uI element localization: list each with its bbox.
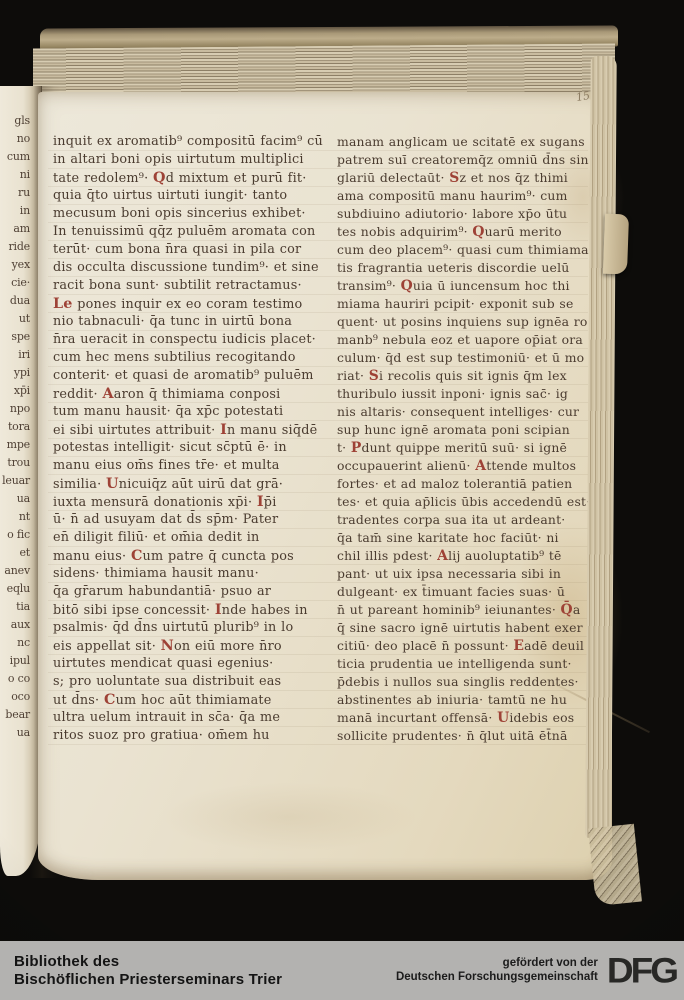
manuscript-line: ultra uelum intrauit in sc̄a· q̄a me xyxy=(53,709,323,727)
dfg-logo: DFG xyxy=(607,953,678,988)
facing-line-fragment: ride xyxy=(0,238,30,256)
manuscript-line: en̄ diligit filiū· et om̄ia dedit in xyxy=(53,529,323,547)
manuscript-line: occupauerint alienū· Attende multos xyxy=(337,457,590,475)
manuscript-line: dis occulta discussione tundim⁹· et sine xyxy=(53,259,323,277)
rubric-initial: C xyxy=(131,548,143,564)
manuscript-line: quia q̄to uirtus uirtuti iungit· tanto xyxy=(53,187,323,205)
facing-line-fragment: et xyxy=(0,544,30,562)
facing-line-fragment: ipul xyxy=(0,652,30,670)
facing-line-fragment: bear xyxy=(0,706,30,724)
rubric-initial: N xyxy=(161,638,174,654)
manuscript-line: bitō sibi ipse concessit· Inde habes in xyxy=(53,601,323,619)
rubric-initial: E xyxy=(513,638,524,654)
text-column-right: manam anglicam ue scitatē ex suganspatre… xyxy=(337,133,590,745)
rubric-initial: A xyxy=(475,458,486,474)
facing-line-fragment: ni xyxy=(0,166,30,184)
manuscript-line: riat· Si recolis quis sit ignis q̄m lex xyxy=(337,367,590,385)
facing-line-fragment: spe xyxy=(0,328,30,346)
manuscript-line: Le pones inquir ex eo coram testimo xyxy=(53,295,323,313)
manuscript-line: ut d̄ns· Cum hoc aūt thimiamate xyxy=(53,691,323,709)
manuscript-line: s; pro uoluntate sua distribuit eas xyxy=(53,673,323,691)
manuscript-line: manā incurtant offensā· Uidebis eos xyxy=(337,709,590,727)
library-credit-line1: Bibliothek des xyxy=(14,953,282,971)
manuscript-line: tate redolem⁹· Qd mixtum et purū fit· xyxy=(53,169,323,187)
rubric-initial: Le xyxy=(53,296,73,312)
facing-line-fragment: eqlu xyxy=(0,580,30,598)
manuscript-line: tes· et quia ap̄licis ūbis accedendū est… xyxy=(337,493,590,511)
rubric-initial: I xyxy=(220,422,227,438)
facing-line-fragment: iri xyxy=(0,346,30,364)
facing-line-fragment: anev xyxy=(0,562,30,580)
rubric-initial: A xyxy=(102,386,113,402)
rubric-initial: U xyxy=(106,476,119,492)
manuscript-line: sup hunc ignē aromata poni scipian xyxy=(337,421,590,439)
rubric-initial: A xyxy=(437,548,448,564)
library-credit-line2: Bischöflichen Priesterseminars Trier xyxy=(14,971,282,989)
rubric-initial: S xyxy=(369,368,379,384)
facing-line-fragment: am xyxy=(0,220,30,238)
manuscript-line: eis appellat sit· Non eiū more n̄ro xyxy=(53,637,323,655)
manuscript-line: ticia prudentia ue intelligenda sunt· xyxy=(337,655,590,673)
manuscript-line: patrem suī creatoremq̄z omniū d̄ns sin xyxy=(337,151,590,169)
manuscript-line: t· Pdunt quippe meritū suū· si ignē xyxy=(337,439,590,457)
manuscript-line: ama compositū manu haurim⁹· cum xyxy=(337,187,590,205)
manuscript-line: ei sibi uirtutes attribuit· In manu siq̄… xyxy=(53,421,323,439)
manuscript-line: ū· n̄ ad usuyam dat d̄s sp̄m· Pater xyxy=(53,511,323,529)
rubric-initial: Q̄ xyxy=(561,602,573,618)
manuscript-line: uirtutes mendicat quasi egenius· xyxy=(53,655,323,673)
footer-bar: Bibliothek des Bischöflichen Priestersem… xyxy=(0,941,684,1000)
facing-line-fragment: ua xyxy=(0,724,30,742)
rubric-initial: P xyxy=(351,440,362,456)
facing-line-fragment: tora xyxy=(0,418,30,436)
facing-line-fragment: cum xyxy=(0,148,30,166)
facing-line-fragment: mpe xyxy=(0,436,30,454)
facing-line-fragment: trou xyxy=(0,454,30,472)
manuscript-line: q̄a gr̄arum habundantiā· psuo ar xyxy=(53,583,323,601)
facing-line-fragment: no xyxy=(0,130,30,148)
manuscript-line: q̄a tam̄ sine karitate hoc faciūt· ni xyxy=(337,529,590,547)
facing-line-fragment: cie· xyxy=(0,274,30,292)
rubric-initial: U xyxy=(497,710,509,726)
facing-line-fragment: in xyxy=(0,202,30,220)
manuscript-line: abstinentes ab iniuria· tamtū ne hu xyxy=(337,691,590,709)
funding-credit-line2: Deutschen Forschungsgemeinschaft xyxy=(396,971,598,985)
facing-line-fragment: xp̄i xyxy=(0,382,30,400)
rubric-initial: Q xyxy=(401,278,413,294)
facing-line-fragment: ut xyxy=(0,310,30,328)
manuscript-line: reddit· Aaron q̄ thimiama conposi xyxy=(53,385,323,403)
manuscript-line: nis altaris· consequent intelliges· cur xyxy=(337,403,590,421)
manuscript-line: psalmis· q̄d d̄ns uirtutū plurib⁹ in lo xyxy=(53,619,323,637)
manuscript-line: racit bona sunt· subtilit retractamus· xyxy=(53,277,323,295)
funding-block: gefördert von der Deutschen Forschungsge… xyxy=(396,952,678,989)
facing-line-fragment: npo xyxy=(0,400,30,418)
facing-line-fragment: gls xyxy=(0,112,30,130)
manuscript-line: thuribulo iussit inponi· ignis sac̄· ig xyxy=(337,385,590,403)
manuscript-line: cum hec mens subtilius recogitando xyxy=(53,349,323,367)
manuscript-line: potestas intelligit· sicut sc̄ptū ē· in xyxy=(53,439,323,457)
manuscript-line: ritos suoz pro gratiua· om̄em hu xyxy=(53,727,323,745)
manuscript-line: culum· q̄d est sup testimoniū· et ū mo xyxy=(337,349,590,367)
facing-line-fragment: ypi xyxy=(0,364,30,382)
manuscript-line: in altari boni opis uirtutum multiplici xyxy=(53,151,323,169)
manuscript-line: iuxta mensurā donationis xp̄i· Ip̄i xyxy=(53,493,323,511)
funding-credit-line1: gefördert von der xyxy=(396,957,598,971)
manuscript-line: chil illis pdest· Alij auoluptatib⁹ tē xyxy=(337,547,590,565)
facing-line-fragment: o fic xyxy=(0,526,30,544)
rubric-initial: I xyxy=(257,494,264,510)
manuscript-line: glariū delectaūt· Sz et nos q̄z thimi xyxy=(337,169,590,187)
manuscript-line: quent· ut posins inquiens sup ignēa ro xyxy=(337,313,590,331)
facing-line-fragment: yex xyxy=(0,256,30,274)
manuscript-line: conterit· et quasi de aromatib⁹ puluēm xyxy=(53,367,323,385)
rubric-initial: I xyxy=(215,602,222,618)
parchment-stain xyxy=(158,782,418,852)
manuscript-line: manu eius· Cum patre q̄ cuncta pos xyxy=(53,547,323,565)
bottom-corner-pages xyxy=(588,824,642,906)
rubric-initial: S xyxy=(449,170,459,186)
facing-line-fragment: ua xyxy=(0,490,30,508)
manuscript-line: In tenuissimū qq̄z puluēm aromata con xyxy=(53,223,323,241)
manuscript-line: miama hauriri pcipit· exponit sub se xyxy=(337,295,590,313)
rubric-initial: Q xyxy=(153,170,166,186)
manuscript-line: n̄ ut pareant hominib⁹ ieiunantes· Q̄a xyxy=(337,601,590,619)
manuscript-line: tum manu hausit· q̄a xp̄c potestati xyxy=(53,403,323,421)
facing-line-fragment: dua xyxy=(0,292,30,310)
facing-line-fragment: tia xyxy=(0,598,30,616)
facing-line-fragment: ru xyxy=(0,184,30,202)
rubric-initial: C xyxy=(104,692,116,708)
manuscript-line: terūt· cum bona n̄ra quasi in pila cor xyxy=(53,241,323,259)
manuscript-line: manb⁹ nebula eoz et uapore op̄iat ora xyxy=(337,331,590,349)
manuscript-line: dulgeant· ex t̄imuant facies suas· ū xyxy=(337,583,590,601)
parchment-tab xyxy=(603,214,629,275)
manuscript-line: pant· ut uix ipsa necessaria sibi in xyxy=(337,565,590,583)
manuscript-line: citiū· deo placē n̄ possunt· Eadē deuil xyxy=(337,637,590,655)
manuscript-line: tis fragrantia ueteris discordie uelū xyxy=(337,259,590,277)
manuscript-line: n̄ra ueracit in conspectu iudicis placet… xyxy=(53,331,323,349)
manuscript-line: cum deo placem⁹· quasi cum thimiama xyxy=(337,241,590,259)
manuscript-line: subdiuino adiutorio· labore xp̄o ūtu xyxy=(337,205,590,223)
manuscript-photo: glsnocumniruinamrideyexcie·duautspeiriyp… xyxy=(0,0,684,941)
facing-line-fragment: o co xyxy=(0,670,30,688)
facing-line-fragment: aux xyxy=(0,616,30,634)
fore-edge-stack xyxy=(585,56,616,838)
text-column-left: inquit ex aromatib⁹ compositū facim⁹ cūi… xyxy=(53,133,323,745)
manuscript-line: tradentes corpa sua ita ut ardeant· xyxy=(337,511,590,529)
library-credit: Bibliothek des Bischöflichen Priestersem… xyxy=(14,953,282,989)
facing-line-fragment: nc xyxy=(0,634,30,652)
funding-credit: gefördert von der Deutschen Forschungsge… xyxy=(396,957,598,984)
facing-line-fragment: oco xyxy=(0,688,30,706)
manuscript-line: transim⁹· Quia ū iuncensum hoc thi xyxy=(337,277,590,295)
manuscript-line: manu eius om̄s fines tr̄e· et multa xyxy=(53,457,323,475)
rubric-initial: Q xyxy=(472,224,484,240)
manuscript-line: inquit ex aromatib⁹ compositū facim⁹ cū xyxy=(53,133,323,151)
manuscript-line: similia· Unicuiq̄z aūt uirū dat grā· xyxy=(53,475,323,493)
manuscript-line: mecusum boni opis sincerius exhibet· xyxy=(53,205,323,223)
manuscript-line: fortes· et ad maloz tolerantiā patien xyxy=(337,475,590,493)
manuscript-line: sidens· thimiama hausit manu· xyxy=(53,565,323,583)
folio-number: 15 xyxy=(575,89,591,104)
manuscript-page: 15 inquit ex aromatib⁹ compositū facim⁹ … xyxy=(38,92,612,880)
manuscript-line: q̄ sine sacro ignē uirtutis habent exer xyxy=(337,619,590,637)
manuscript-line: manam anglicam ue scitatē ex sugans xyxy=(337,133,590,151)
facing-line-fragment: nt xyxy=(0,508,30,526)
facing-page-text-fragments: glsnocumniruinamrideyexcie·duautspeiriyp… xyxy=(0,112,30,742)
manuscript-line: sollicite prudentes· n̄ q̄lut uitā ēt̄nā xyxy=(337,727,590,745)
manuscript-line: tes nobis adquirim⁹· Quarū merito xyxy=(337,223,590,241)
facing-line-fragment: leuar xyxy=(0,472,30,490)
manuscript-line: nio tabnaculi· q̄a tunc in uirtū bona xyxy=(53,313,323,331)
